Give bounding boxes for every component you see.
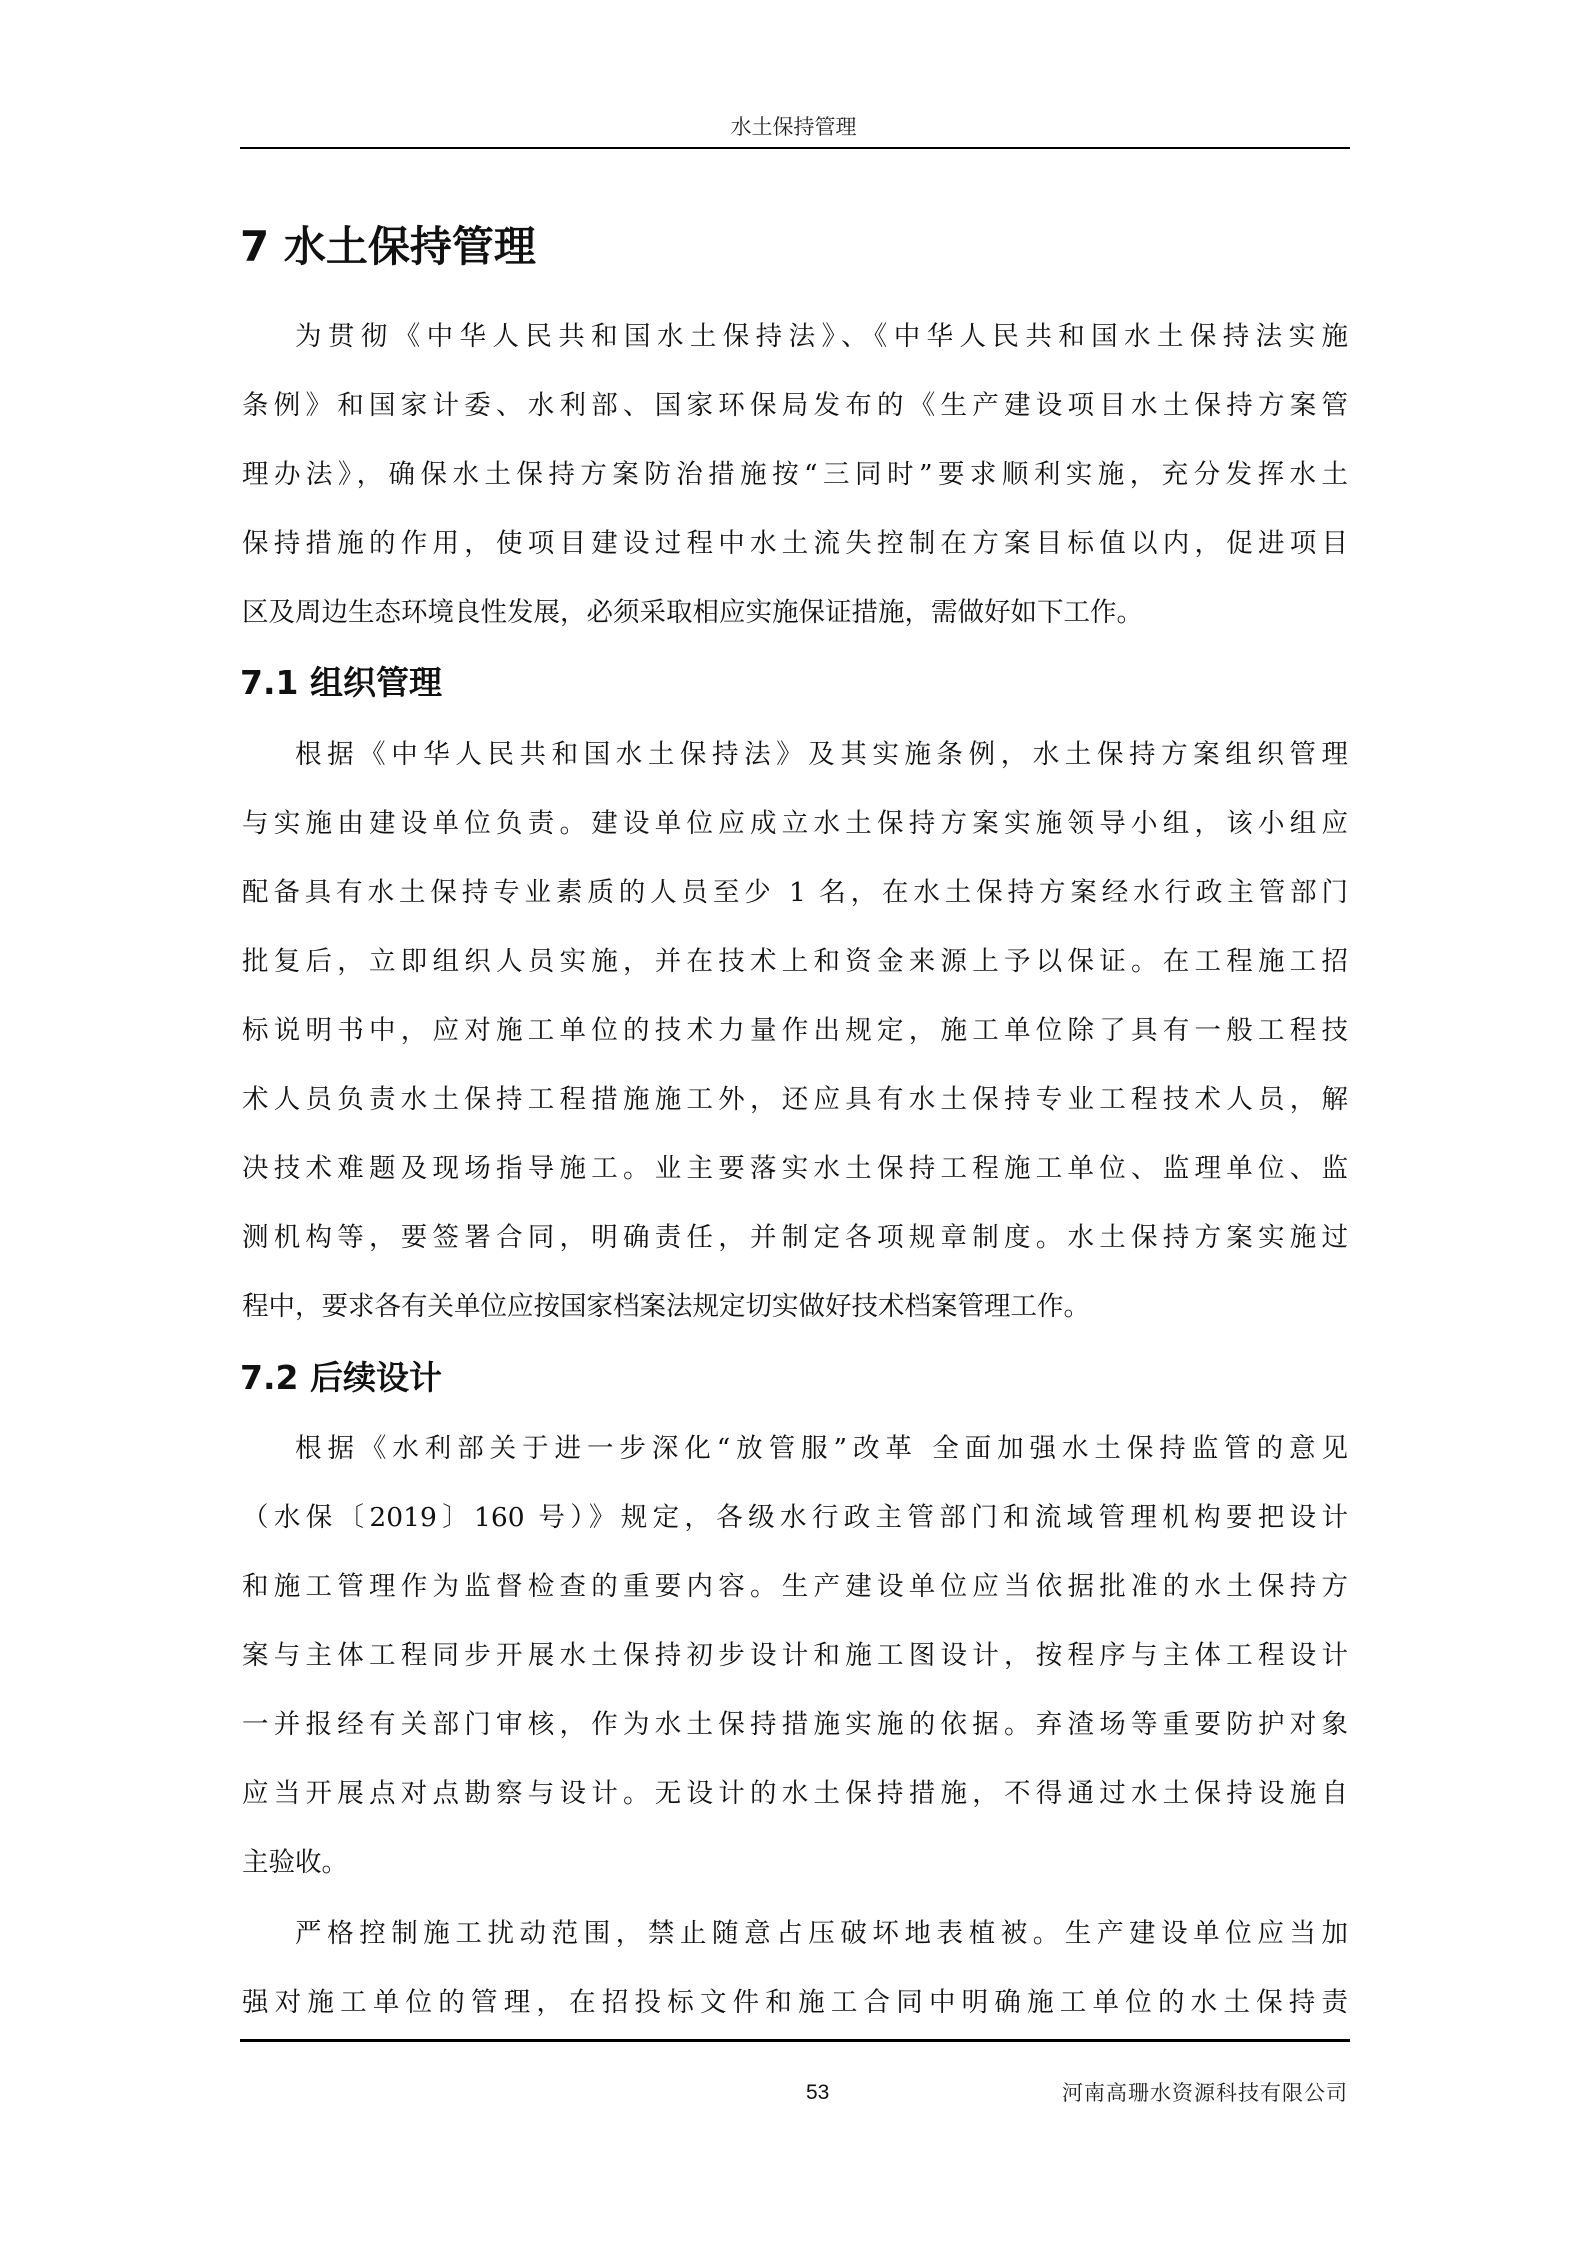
section-7-2-line: 案与主体工程同步开展水土保持初步设计和施工图设计，按程序与主体工程设计 [242, 1639, 1348, 1673]
section-7-2-line: 强对施工单位的管理，在招投标文件和施工合同中明确施工单位的水土保持责 [242, 1986, 1348, 2020]
section-7-2-line: 一并报经有关部门审核，作为水土保持措施实施的依据。弃渣场等重要防护对象 [242, 1708, 1348, 1742]
section-7-1-line: 术人员负责水土保持工程措施施工外，还应具有水土保持专业工程技术人员，解 [242, 1083, 1348, 1117]
section-7-1-line: 批复后，立即组织人员实施，并在技术上和资金来源上予以保证。在工程施工招 [242, 945, 1348, 979]
header-rule [240, 147, 1350, 149]
section-7-1-line: 测机构等，要签署合同，明确责任，并制定各项规章制度。水土保持方案实施过 [242, 1221, 1348, 1255]
company-name: 河南高珊水资源科技有限公司 [1040, 2080, 1348, 2106]
section-7-1-line: 与实施由建设单位负责。建设单位应成立水土保持方案实施领导小组，该小组应 [242, 807, 1348, 841]
section-7-2-line: 主验收。 [242, 1846, 1348, 1880]
section-heading-7-2: 7.2 后续设计 [240, 1358, 442, 1398]
page-number: 53 [806, 2080, 829, 2106]
section-7-1-line: 根据《中华人民共和国水土保持法》及其实施条例，水土保持方案组织管理 [295, 738, 1348, 772]
section-7-1-line: 标说明书中，应对施工单位的技术力量作出规定，施工单位除了具有一般工程技 [242, 1014, 1348, 1048]
section-7-2-line: （水保〔2019〕160 号）》规定，各级水行政主管部门和流域管理机构要把设计 [242, 1501, 1348, 1535]
intro-line: 区及周边生态环境良性发展，必须采取相应实施保证措施，需做好如下工作。 [242, 596, 1348, 630]
footer-rule [240, 2039, 1350, 2042]
section-7-1-line: 程中，要求各有关单位应按国家档案法规定切实做好技术档案管理工作。 [242, 1290, 1348, 1324]
running-header: 水土保持管理 [0, 114, 1587, 140]
section-7-2-line: 严格控制施工扰动范围，禁止随意占压破坏地表植被。生产建设单位应当加 [295, 1917, 1348, 1951]
section-7-1-line: 配备具有水土保持专业素质的人员至少 1 名，在水土保持方案经水行政主管部门 [242, 876, 1348, 910]
section-7-2-line: 根据《水利部关于进一步深化“放管服”改革 全面加强水土保持监管的意见 [295, 1432, 1348, 1466]
section-7-2-line: 应当开展点对点勘察与设计。无设计的水土保持措施，不得通过水土保持设施自 [242, 1777, 1348, 1811]
intro-line: 为贯彻《中华人民共和国水土保持法》、《中华人民共和国水土保持法实施 [295, 320, 1348, 354]
section-heading-7-1: 7.1 组织管理 [240, 663, 442, 703]
intro-line: 理办法》，确保水土保持方案防治措施按“三同时”要求顺利实施，充分发挥水土 [242, 458, 1348, 492]
intro-line: 条例》和国家计委、水利部、国家环保局发布的《生产建设项目水土保持方案管 [242, 389, 1348, 423]
intro-line: 保持措施的作用，使项目建设过程中水土流失控制在方案目标值以内，促进项目 [242, 527, 1348, 561]
chapter-title: 7 水土保持管理 [240, 222, 536, 272]
section-7-2-line: 和施工管理作为监督检查的重要内容。生产建设单位应当依据批准的水土保持方 [242, 1570, 1348, 1604]
section-7-1-line: 决技术难题及现场指导施工。业主要落实水土保持工程施工单位、监理单位、监 [242, 1152, 1348, 1186]
